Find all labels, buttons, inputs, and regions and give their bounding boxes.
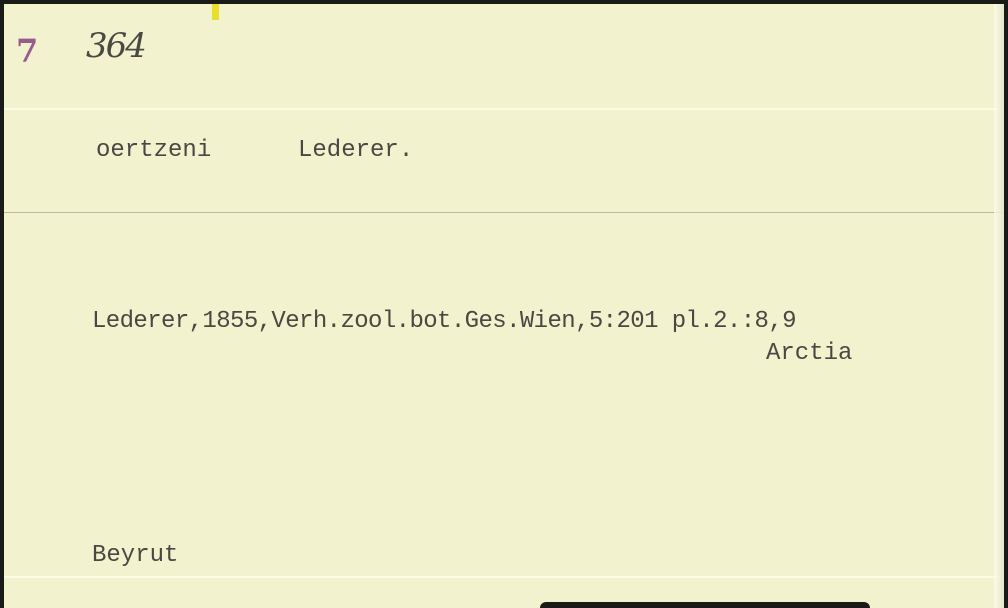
genus-name: Arctia <box>766 340 852 367</box>
drawer-number-stamp: 7 <box>16 32 38 70</box>
locality: Beyrut <box>92 542 178 569</box>
species-name: oertzeni <box>96 137 211 164</box>
card-edge <box>994 4 1004 608</box>
index-card: 7 364 oertzeni Lederer. Lederer,1855,Ver… <box>4 4 1004 608</box>
bibliographic-citation: Lederer,1855,Verh.zool.bot.Ges.Wien,5:20… <box>92 308 796 335</box>
ruled-line <box>4 576 1004 578</box>
species-author: Lederer. <box>298 137 413 164</box>
ruled-line <box>4 108 1004 110</box>
header-divider-line <box>4 212 1004 213</box>
yellow-tab-marker <box>212 4 219 20</box>
card-shadow <box>540 602 870 608</box>
handwritten-catalog-number: 364 <box>86 26 145 66</box>
